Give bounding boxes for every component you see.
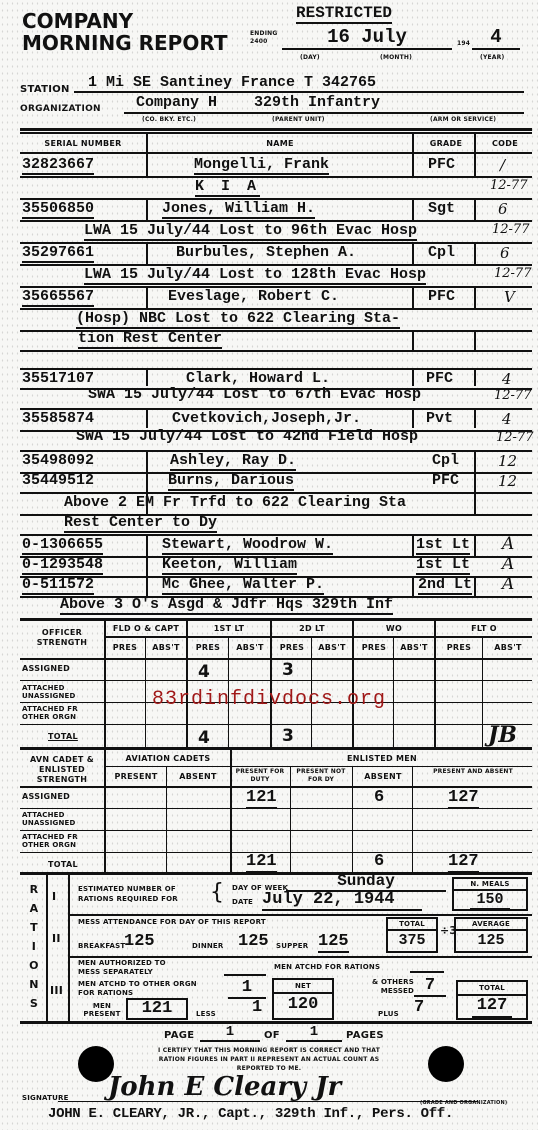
table-row: 35449512 Burns, Darious PFC 12 bbox=[20, 472, 532, 492]
cadets-header: AVIATION CADETS bbox=[106, 754, 230, 763]
remark-text: tion Rest Center bbox=[78, 330, 222, 349]
title-line-1: COMPANY bbox=[22, 10, 227, 32]
col-sep bbox=[146, 244, 148, 264]
col-sep bbox=[146, 558, 148, 576]
grade: Sgt bbox=[428, 200, 455, 217]
code: 12 bbox=[498, 452, 517, 470]
col-sep bbox=[146, 200, 148, 220]
org-sublabel-arm: (ARM OR SERVICE) bbox=[430, 116, 496, 123]
col-sep bbox=[482, 636, 483, 747]
col-sep bbox=[146, 494, 148, 514]
soldier-name: Mc Ghee, Walter P. bbox=[162, 576, 324, 595]
average-label: AVERAGE bbox=[456, 919, 526, 931]
supper-value: 125 bbox=[318, 932, 349, 953]
group-2d-lt: 2D LT bbox=[272, 624, 352, 633]
assigned-present-for-duty: 121 bbox=[246, 788, 277, 809]
total-present-for-duty: 121 bbox=[246, 852, 277, 873]
total-absent: 6 bbox=[374, 852, 384, 871]
others-messed-label: & OTHERS MESSED bbox=[354, 978, 414, 996]
soldier-name: Cvetkovich,Joseph,Jr. bbox=[172, 410, 361, 427]
remark-row: K I A 12-77 bbox=[20, 178, 532, 198]
rule bbox=[20, 1021, 532, 1024]
subcol-abst: ABS'T bbox=[484, 643, 532, 652]
soldier-name: Eveslage, Robert C. bbox=[168, 288, 339, 305]
grade: 1st Lt bbox=[416, 536, 470, 555]
rations-letter: S bbox=[26, 994, 42, 1013]
rule bbox=[20, 724, 532, 725]
rations-total-value: 127 bbox=[472, 996, 512, 1018]
col-sep bbox=[412, 330, 414, 350]
grade: Cpl bbox=[432, 452, 459, 469]
men-present-value: 121 bbox=[128, 1000, 186, 1018]
col-sep bbox=[474, 244, 476, 264]
subcol-abst: ABS'T bbox=[312, 643, 352, 652]
assigned-2d-lt-pres: 3 bbox=[282, 660, 294, 680]
assigned-1st-lt-pres: 4 bbox=[198, 662, 210, 682]
page-number: 1 bbox=[200, 1024, 260, 1042]
col-sep bbox=[412, 154, 414, 176]
code: 6 bbox=[498, 200, 508, 218]
rations-letter: N bbox=[26, 975, 42, 994]
rations-letter: R bbox=[26, 880, 42, 899]
grade: Pvt bbox=[426, 410, 453, 427]
soldier-name: Mongelli, Frank bbox=[194, 156, 329, 175]
remark-text: SWA 15 July/44 Lost to 42nd Field Hosp bbox=[76, 428, 418, 445]
subcol-abst: ABS'T bbox=[146, 643, 186, 652]
table-row: 32823667 Mongelli, Frank PFC / bbox=[20, 154, 532, 176]
officer-strength-title: OFFICER STRENGTH bbox=[22, 628, 102, 648]
col-sep bbox=[474, 578, 476, 596]
serial-number: 35498092 bbox=[22, 452, 94, 469]
soldier-name: Stewart, Woodrow W. bbox=[162, 536, 333, 555]
col-sep bbox=[412, 370, 414, 386]
meals-box-value: 150 bbox=[470, 891, 510, 910]
rations-letter: A bbox=[26, 899, 42, 918]
table-row: 35585874 Cvetkovich,Joseph,Jr. Pvt 4 bbox=[20, 410, 532, 430]
ending-label: ENDING 2400 bbox=[250, 30, 278, 46]
rule bbox=[20, 350, 532, 352]
col-absent: ABSENT bbox=[168, 772, 228, 781]
morning-report-page: COMPANY MORNING REPORT RESTRICTED ENDING… bbox=[0, 0, 538, 1130]
table-row: 35498092 Ashley, Ray D. Cpl 12 bbox=[20, 452, 532, 472]
col-present-and-absent: PRESENT AND ABSENT bbox=[414, 768, 532, 776]
row-label-attached-unassigned: ATTACHED UNASSIGNED bbox=[22, 811, 102, 827]
ration-date-value: July 22, 1944 bbox=[262, 890, 422, 911]
remark-row: SWA 15 July/44 Lost to 42nd Field Hosp 1… bbox=[20, 430, 532, 450]
code: / bbox=[500, 156, 505, 174]
average-value: 125 bbox=[456, 931, 526, 950]
remark-text: K I A bbox=[195, 178, 260, 197]
grade: PFC bbox=[432, 472, 459, 489]
soldier-name: Burbules, Stephen A. bbox=[176, 244, 356, 261]
report-date: 16 July bbox=[282, 26, 452, 50]
col-sep bbox=[290, 766, 291, 872]
plus-value: 7 bbox=[414, 998, 424, 1017]
rule bbox=[20, 872, 532, 875]
subcol-abst: ABS'T bbox=[230, 643, 270, 652]
subcol-pres: PRES bbox=[106, 643, 144, 652]
col-sep bbox=[68, 875, 70, 1021]
meals-box-label: N. MEALS bbox=[454, 879, 526, 891]
col-sep bbox=[146, 154, 148, 176]
grade: PFC bbox=[428, 156, 455, 173]
col-sep bbox=[412, 200, 414, 220]
serial-number: 35665567 bbox=[22, 288, 94, 307]
rations-total-label: TOTAL bbox=[458, 982, 526, 996]
remark-text: LWA 15 July/44 Lost to 96th Evac Hosp bbox=[84, 222, 417, 241]
less-label: LESS bbox=[196, 1010, 216, 1018]
serial-number: 35517107 bbox=[22, 370, 94, 387]
rule bbox=[68, 914, 532, 916]
serial-number: 0-1293548 bbox=[22, 556, 103, 575]
page-label: PAGE bbox=[164, 1030, 194, 1041]
table-row: 35506850 Jones, William H. Sgt 6 bbox=[20, 200, 532, 220]
rule bbox=[20, 830, 532, 831]
rule bbox=[68, 956, 532, 958]
net-label: NET bbox=[274, 980, 332, 994]
rule bbox=[20, 658, 532, 660]
mess-total-label: TOTAL bbox=[388, 919, 436, 931]
company-value: Company H bbox=[136, 94, 217, 111]
station-value: 1 Mi SE Santiney France T 342765 bbox=[74, 74, 524, 93]
row-label-total: TOTAL bbox=[48, 860, 78, 869]
row-label-assigned: ASSIGNED bbox=[22, 664, 70, 673]
part-i-label-line: ESTIMATED NUMBER OF bbox=[78, 884, 178, 894]
group-wo: WO bbox=[354, 624, 434, 633]
serial-number: 35449512 bbox=[22, 472, 94, 489]
col-present: PRESENT bbox=[106, 772, 166, 781]
report-year: 4 bbox=[472, 26, 520, 50]
table-row: 0-1306655 Stewart, Woodrow W. 1st Lt A bbox=[20, 536, 532, 556]
code: 6 bbox=[500, 244, 510, 262]
net-box: NET 120 bbox=[272, 978, 334, 1020]
code: 12-77 bbox=[492, 222, 529, 237]
col-present-not-for-dy: PRESENT NOT FOR DY bbox=[292, 768, 350, 784]
remark-row: Rest Center to Dy bbox=[20, 516, 532, 534]
col-sep bbox=[474, 154, 476, 176]
code: 12-77 bbox=[490, 178, 527, 193]
rations-letter: I bbox=[26, 937, 42, 956]
code: 4 bbox=[502, 370, 512, 388]
col-header-grade: GRADE bbox=[416, 139, 476, 148]
table-row: 0-511572 Mc Ghee, Walter P. 2nd Lt A bbox=[20, 578, 532, 596]
signature: John E Cleary Jr bbox=[108, 1072, 341, 1102]
part-ii-numeral: II bbox=[52, 932, 61, 945]
col-sep bbox=[474, 410, 476, 428]
title-line-2: MORNING REPORT bbox=[22, 32, 227, 54]
subcol-pres: PRES bbox=[188, 643, 228, 652]
total-1st-lt-pres: 4 bbox=[198, 728, 210, 748]
col-sep bbox=[146, 578, 148, 596]
remark-text: Above 2 EM Fr Trfd to 622 Clearing Sta bbox=[64, 494, 406, 511]
rations-letter: O bbox=[26, 956, 42, 975]
remark-text: (Hosp) NBC Lost to 622 Clearing Sta- bbox=[76, 310, 400, 329]
col-sep bbox=[146, 472, 148, 492]
grade: Cpl bbox=[428, 244, 455, 261]
year-prefix: 194 bbox=[457, 40, 470, 47]
col-sep bbox=[145, 636, 146, 747]
organization-line: Company H 329th Infantry bbox=[124, 94, 524, 114]
assigned-present-and-absent: 127 bbox=[448, 788, 479, 809]
part-iii-numeral: III bbox=[50, 984, 63, 997]
subcol-abst: ABS'T bbox=[394, 643, 434, 652]
serial-number: 0-511572 bbox=[22, 576, 94, 595]
station-label: STATION bbox=[20, 84, 70, 95]
rations-total-box: TOTAL 127 bbox=[456, 980, 528, 1020]
col-sep bbox=[412, 288, 414, 308]
row-label-attached-other: ATTACHED FR OTHER ORGN bbox=[22, 705, 102, 721]
col-sep bbox=[352, 621, 354, 747]
mess-total-value: 375 bbox=[388, 931, 436, 950]
soldier-name: Jones, William H. bbox=[162, 200, 315, 219]
men-present-label: MEN PRESENT bbox=[82, 1002, 122, 1018]
remark-row: (Hosp) NBC Lost to 622 Clearing Sta- bbox=[20, 310, 532, 330]
col-sep bbox=[393, 636, 394, 747]
group-flt-o: FLT O bbox=[436, 624, 532, 633]
remark-row: tion Rest Center bbox=[20, 332, 532, 350]
soldier-name: Keeton, William bbox=[162, 556, 297, 575]
subcol-pres: PRES bbox=[436, 643, 482, 652]
total-present-and-absent: 127 bbox=[448, 852, 479, 873]
col-sep bbox=[146, 370, 148, 386]
part-i-numeral: I bbox=[52, 890, 56, 903]
certification-text: I CERTIFY THAT THIS MORNING REPORT IS CO… bbox=[146, 1046, 392, 1073]
col-sep bbox=[270, 621, 272, 747]
soldier-name: Burns, Darious bbox=[168, 472, 294, 491]
code: A bbox=[502, 554, 514, 574]
code: 12-77 bbox=[496, 430, 533, 445]
rule bbox=[104, 636, 532, 638]
rule bbox=[20, 618, 532, 621]
roster-top-border-2 bbox=[20, 132, 532, 134]
binder-hole-right bbox=[428, 1046, 464, 1082]
supper-label: SUPPER bbox=[276, 942, 308, 950]
divide-by-three: ÷3 bbox=[440, 926, 452, 936]
col-sep bbox=[474, 370, 476, 386]
grade: PFC bbox=[428, 288, 455, 305]
table-row: 35665567 Eveslage, Robert C. PFC V bbox=[20, 288, 532, 308]
code: 12-77 bbox=[494, 388, 531, 403]
assigned-absent: 6 bbox=[374, 788, 384, 807]
col-sep bbox=[412, 536, 414, 556]
others-messed-value: 7 bbox=[414, 976, 446, 997]
classification-stamp: RESTRICTED bbox=[296, 4, 392, 24]
serial-number: 35297661 bbox=[22, 244, 94, 263]
col-header-code: CODE bbox=[478, 139, 532, 148]
serial-number: 32823667 bbox=[22, 156, 94, 175]
code: 12 bbox=[498, 472, 517, 490]
remark-text: Above 3 O's Asgd & Jdfr Hqs 329th Inf bbox=[60, 596, 393, 615]
row-label-total: TOTAL bbox=[48, 732, 78, 741]
form-title: COMPANY MORNING REPORT bbox=[22, 10, 227, 54]
col-sep bbox=[474, 132, 476, 154]
breakfast-value: 125 bbox=[124, 932, 155, 951]
remark-row: SWA 15 July/44 Lost to 67th Evac Hosp 12… bbox=[20, 388, 532, 408]
atchd-for-rations-label: MEN ATCHD FOR RATIONS bbox=[274, 963, 380, 971]
mess-separately-line bbox=[224, 966, 266, 976]
dinner-label: DINNER bbox=[192, 942, 224, 950]
atchd-other-value: 1 bbox=[228, 978, 266, 999]
col-sep bbox=[166, 766, 167, 872]
col-sep bbox=[474, 452, 476, 472]
rations-letter: T bbox=[26, 918, 42, 937]
row-label-attached-unassigned: ATTACHED UNASSIGNED bbox=[22, 684, 102, 700]
remark-row: LWA 15 July/44 Lost to 128th Evac Hosp 1… bbox=[20, 266, 532, 286]
enlisted-strength-title: AVN CADET & ENLISTED STRENGTH bbox=[22, 755, 102, 785]
month-label: (MONTH) bbox=[380, 54, 412, 61]
serial-number: 35506850 bbox=[22, 200, 94, 219]
part-i-label: ESTIMATED NUMBER OF RATIONS REQUIRED FOR bbox=[78, 884, 178, 904]
part-ii-label: MESS ATTENDANCE FOR DAY OF THIS REPORT bbox=[78, 918, 266, 926]
col-sep bbox=[146, 410, 148, 428]
breakfast-label: BREAKFAST bbox=[78, 942, 125, 950]
less-value: 1 bbox=[252, 998, 262, 1017]
col-sep bbox=[474, 494, 476, 514]
mess-total-box: TOTAL 375 bbox=[386, 917, 438, 953]
col-sep bbox=[46, 875, 48, 1021]
enlisted-men-header: ENLISTED MEN bbox=[232, 754, 532, 763]
col-sep bbox=[412, 132, 414, 154]
col-sep bbox=[104, 621, 106, 747]
meals-box: N. MEALS 150 bbox=[452, 877, 528, 911]
initials-mark: JB bbox=[488, 722, 517, 748]
org-sublabel-parent: (PARENT UNIT) bbox=[272, 116, 325, 123]
table-row: 35297661 Burbules, Stephen A. Cpl 6 bbox=[20, 244, 532, 264]
grade: 2nd Lt bbox=[418, 576, 472, 595]
col-present-for-duty: PRESENT FOR DUTY bbox=[232, 768, 288, 784]
col-sep bbox=[146, 288, 148, 308]
of-label: OF bbox=[264, 1030, 280, 1041]
remark-text: LWA 15 July/44 Lost to 128th Evac Hosp bbox=[84, 266, 426, 285]
subcol-pres: PRES bbox=[354, 643, 394, 652]
day-of-week-value: Sunday bbox=[286, 872, 446, 892]
total-pages: 1 bbox=[286, 1024, 342, 1042]
atchd-for-rations-line bbox=[410, 965, 444, 973]
plus-label: PLUS bbox=[378, 1010, 399, 1018]
net-value: 120 bbox=[274, 994, 332, 1016]
code: A bbox=[502, 534, 514, 554]
remark-row: LWA 15 July/44 Lost to 96th Evac Hosp 12… bbox=[20, 222, 532, 242]
col-header-serial: SERIAL NUMBER bbox=[22, 139, 144, 148]
signer-typed-name: JOHN E. CLEARY, JR., Capt., 329th Inf., … bbox=[48, 1106, 453, 1122]
day-label: (DAY) bbox=[300, 54, 320, 61]
parent-unit-value: 329th Infantry bbox=[254, 94, 380, 111]
total-2d-lt-pres: 3 bbox=[282, 726, 294, 746]
col-sep bbox=[412, 766, 413, 872]
rule bbox=[20, 680, 532, 681]
remark-text: SWA 15 July/44 Lost to 67th Evac Hosp bbox=[88, 386, 421, 403]
grade: PFC bbox=[426, 370, 453, 387]
rule bbox=[20, 747, 532, 750]
pages-label: PAGES bbox=[346, 1030, 384, 1041]
men-present-box: 121 bbox=[126, 998, 188, 1020]
col-sep bbox=[474, 200, 476, 220]
col-sep bbox=[474, 288, 476, 308]
subcol-pres: PRES bbox=[272, 643, 312, 652]
col-absent-em: ABSENT bbox=[354, 772, 412, 781]
part-i-label-line: RATIONS REQUIRED FOR bbox=[78, 894, 178, 904]
organization-label: ORGANIZATION bbox=[20, 104, 101, 114]
code: 4 bbox=[502, 410, 512, 428]
brace: { bbox=[210, 880, 224, 906]
remark-row: Above 3 O's Asgd & Jdfr Hqs 329th Inf bbox=[20, 598, 532, 616]
col-sep bbox=[412, 410, 414, 428]
row-label-attached-other: ATTACHED FR OTHER ORGN bbox=[22, 833, 102, 849]
col-sep bbox=[412, 244, 414, 264]
col-sep bbox=[434, 621, 436, 747]
code: A bbox=[502, 574, 514, 594]
remark-text: Rest Center to Dy bbox=[64, 514, 217, 533]
col-header-name: NAME bbox=[150, 139, 410, 148]
col-sep bbox=[352, 766, 353, 872]
serial-number: 35585874 bbox=[22, 410, 94, 427]
col-sep bbox=[146, 132, 148, 154]
code: 12-77 bbox=[494, 266, 531, 281]
col-sep bbox=[186, 621, 188, 747]
rule bbox=[20, 808, 532, 809]
average-box: AVERAGE 125 bbox=[454, 917, 528, 953]
year-label: (YEAR) bbox=[480, 54, 504, 61]
dinner-value: 125 bbox=[238, 932, 269, 951]
watermark: 83rdinfdivdocs.org bbox=[152, 688, 386, 711]
soldier-name: Ashley, Ray D. bbox=[170, 452, 296, 471]
date-label: DATE bbox=[232, 898, 253, 906]
code: V bbox=[504, 288, 515, 306]
atchd-other-label: MEN ATCHD TO OTHER ORGN FOR RATIONS bbox=[78, 980, 198, 998]
group-fld-o-capt: FLD O & CAPT bbox=[106, 624, 186, 633]
remark-row: Above 2 EM Fr Trfd to 622 Clearing Sta bbox=[20, 494, 532, 514]
soldier-name: Clark, Howard L. bbox=[186, 370, 330, 387]
grade: 1st Lt bbox=[416, 556, 470, 575]
col-sep bbox=[146, 452, 148, 472]
org-sublabel-co: (CO. BKY. ETC.) bbox=[142, 116, 196, 123]
col-sep bbox=[146, 536, 148, 556]
serial-number: 0-1306655 bbox=[22, 536, 103, 555]
roster-top-border bbox=[20, 128, 532, 131]
group-1st-lt: 1ST LT bbox=[188, 624, 270, 633]
col-sep bbox=[104, 750, 106, 872]
col-sep bbox=[474, 330, 476, 350]
col-sep bbox=[474, 472, 476, 492]
rule bbox=[104, 766, 532, 767]
rations-side-label: R A T I O N S bbox=[26, 880, 42, 1013]
table-row: 0-1293548 Keeton, William 1st Lt A bbox=[20, 558, 532, 576]
mess-separately-label: MEN AUTHORIZED TO MESS SEPARATELY bbox=[78, 959, 188, 977]
row-label-assigned: ASSIGNED bbox=[22, 792, 70, 801]
col-sep bbox=[412, 578, 414, 596]
col-sep bbox=[474, 536, 476, 556]
